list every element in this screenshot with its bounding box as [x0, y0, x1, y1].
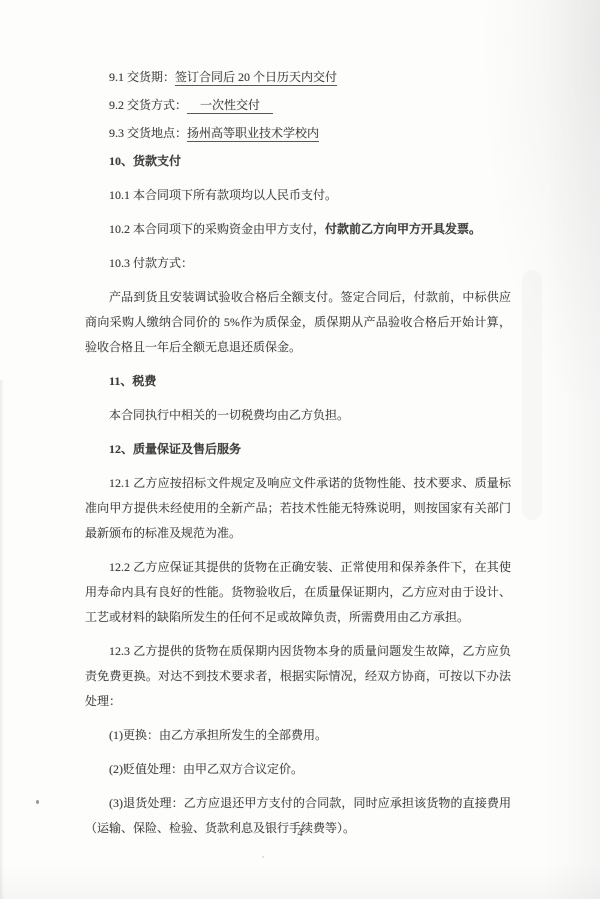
clause-12-3: 12.3 乙方提供的货物在质保期内因货物本身的质量问题发生故障，乙方应负责免费更…: [85, 639, 511, 714]
clause-9-1-text: 9.1 交货期：: [109, 70, 175, 84]
clause-9-1-text: 签订合同后 20 个日历天内交付: [175, 70, 337, 86]
page-number: 4: [0, 827, 600, 839]
item-devalue: (2)贬值处理：由甲乙双方合议定价。: [85, 757, 511, 782]
para-tax: 本合同执行中相关的一切税费均由乙方负担。: [85, 403, 511, 428]
document-page: 9.1 交货期：签订合同后 20 个日历天内交付9.2 交货方式：一次性交付9.…: [0, 0, 600, 899]
para-payment-method-text: 产品到货且安装调试验收合格后全额支付。签定合同后，付款前，中标供应商向采购人缴纳…: [85, 290, 511, 354]
clause-12-2-text: 12.2 乙方应保证其提供的货物在正确安装、正常使用和保养条件下，在其使用寿命内…: [85, 560, 511, 624]
heading-11: 11、税费: [85, 369, 511, 394]
clause-9-3: 9.3 交货地点：扬州高等职业技术学校内: [85, 121, 511, 146]
clause-10-3: 10.3 付款方式：: [85, 251, 511, 276]
heading-12-text: 12、质量保证及售后服务: [109, 442, 241, 456]
scan-speck: [36, 800, 39, 804]
heading-10: 10、货款支付: [85, 149, 511, 174]
scan-speck: [262, 856, 264, 858]
scan-streak: [522, 270, 542, 520]
scan-shadow-right: [545, 0, 600, 899]
clause-10-3-text: 10.3 付款方式：: [109, 256, 193, 270]
clause-9-2: 9.2 交货方式：一次性交付: [85, 93, 511, 118]
para-payment-method: 产品到货且安装调试验收合格后全额支付。签定合同后，付款前，中标供应商向采购人缴纳…: [85, 285, 511, 360]
clause-10-1: 10.1 本合同项下所有款项均以人民币支付。: [85, 183, 511, 208]
clause-9-1: 9.1 交货期：签订合同后 20 个日历天内交付: [85, 65, 511, 90]
clause-9-2-text: 一次性交付: [187, 98, 273, 114]
scan-shadow-bottom: [0, 863, 600, 899]
clause-9-3-text: 扬州高等职业技术学校内: [187, 126, 319, 142]
clause-12-3-text: 12.3 乙方提供的货物在质保期内因货物本身的质量问题发生故障，乙方应负责免费更…: [85, 644, 511, 708]
clause-9-2-text: 9.2 交货方式：: [109, 98, 187, 112]
para-tax-text: 本合同执行中相关的一切税费均由乙方负担。: [109, 408, 349, 422]
item-replace-text: (1)更换：由乙方承担所发生的全部费用。: [109, 728, 327, 742]
item-devalue-text: (2)贬值处理：由甲乙双方合议定价。: [109, 762, 303, 776]
clause-12-1-text: 12.1 乙方应按招标文件规定及响应文件承诺的货物性能、技术要求、质量标准向甲方…: [85, 476, 511, 540]
clause-10-2: 10.2 本合同项下的采购资金由甲方支付，付款前乙方向甲方开具发票。: [85, 217, 511, 242]
scan-shadow-left: [0, 380, 4, 899]
heading-11-text: 11、税费: [109, 374, 156, 388]
document-body: 9.1 交货期：签订合同后 20 个日历天内交付9.2 交货方式：一次性交付9.…: [85, 65, 511, 850]
clause-10-2-text: 10.2 本合同项下的采购资金由甲方支付，: [109, 222, 325, 236]
clause-10-1-text: 10.1 本合同项下所有款项均以人民币支付。: [109, 188, 337, 202]
item-replace: (1)更换：由乙方承担所发生的全部费用。: [85, 723, 511, 748]
heading-10-text: 10、货款支付: [109, 154, 181, 168]
clause-10-2-text: 付款前乙方向甲方开具发票。: [325, 222, 481, 236]
clause-12-1: 12.1 乙方应按招标文件规定及响应文件承诺的货物性能、技术要求、质量标准向甲方…: [85, 471, 511, 546]
clause-12-2: 12.2 乙方应保证其提供的货物在正确安装、正常使用和保养条件下，在其使用寿命内…: [85, 555, 511, 630]
heading-12: 12、质量保证及售后服务: [85, 437, 511, 462]
clause-9-3-text: 9.3 交货地点：: [109, 126, 187, 140]
